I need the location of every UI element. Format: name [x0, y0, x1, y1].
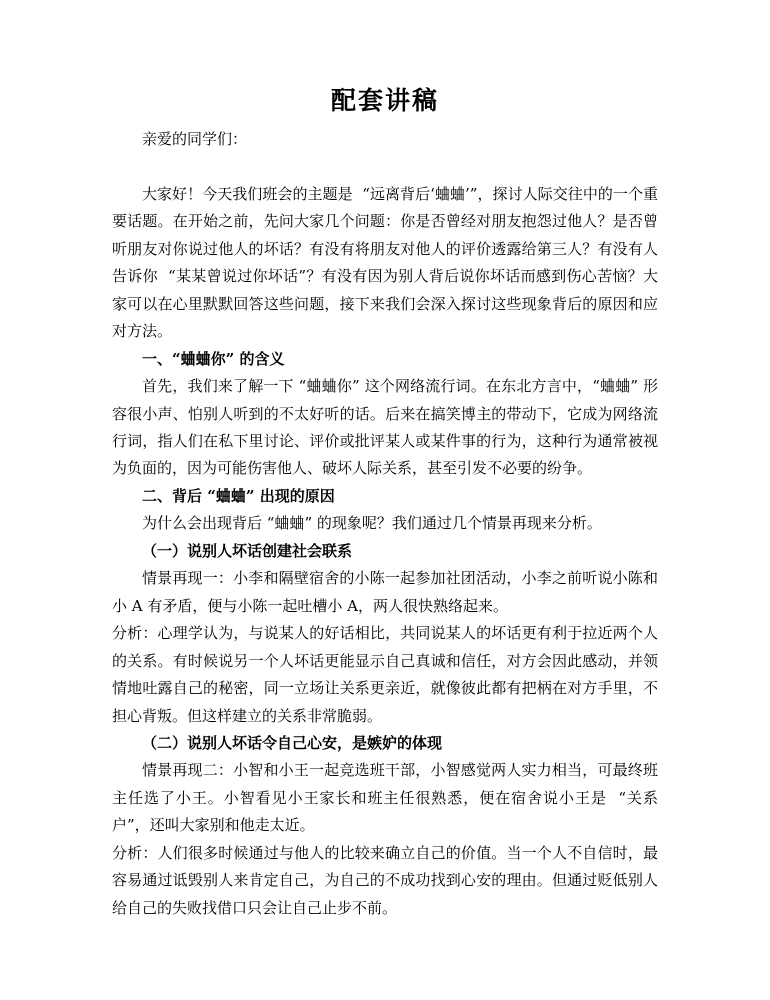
document-title: 配套讲稿	[112, 86, 658, 116]
blank-line	[112, 153, 658, 180]
scenario-2-paragraph: 情景再现二：小智和小王一起竞选班干部，小智感觉两人实力相当，可最终班主任选了小王…	[112, 757, 658, 839]
document-page: 配套讲稿 亲爱的同学们： 大家好！今天我们班会的主题是 “远离背后‘蛐蛐’”，探…	[0, 0, 770, 1000]
analysis-1-paragraph: 分析：心理学认为，与说某人的好话相比，共同说某人的坏话更有利于拉近两个人的关系。…	[112, 620, 658, 730]
paragraph-intro: 大家好！今天我们班会的主题是 “远离背后‘蛐蛐’”，探讨人际交往中的一个重要话题…	[112, 181, 658, 346]
section-2-intro-paragraph: 为什么会出现背后 “蛐蛐” 的现象呢？我们通过几个情景再现来分析。	[112, 510, 658, 537]
section-2-heading: 二、背后 “蛐蛐” 出现的原因	[112, 483, 658, 510]
subsection-1-heading: （一）说别人坏话创建社会联系	[112, 538, 658, 565]
section-1-heading: 一、“蛐蛐你” 的含义	[112, 346, 658, 373]
analysis-2-paragraph: 分析：人们很多时候通过与他人的比较来确立自己的价值。当一个人不自信时，最容易通过…	[112, 840, 658, 922]
subsection-2-heading: （二）说别人坏话令自己心安，是嫉妒的体现	[112, 730, 658, 757]
section-1-paragraph: 首先，我们来了解一下 “蛐蛐你” 这个网络流行词。在东北方言中，“蛐蛐” 形容很…	[112, 373, 658, 483]
salutation-line: 亲爱的同学们：	[112, 126, 658, 153]
scenario-1-paragraph: 情景再现一：小李和隔壁宿舍的小陈一起参加社团活动，小李之前听说小陈和小 A 有矛…	[112, 565, 658, 620]
